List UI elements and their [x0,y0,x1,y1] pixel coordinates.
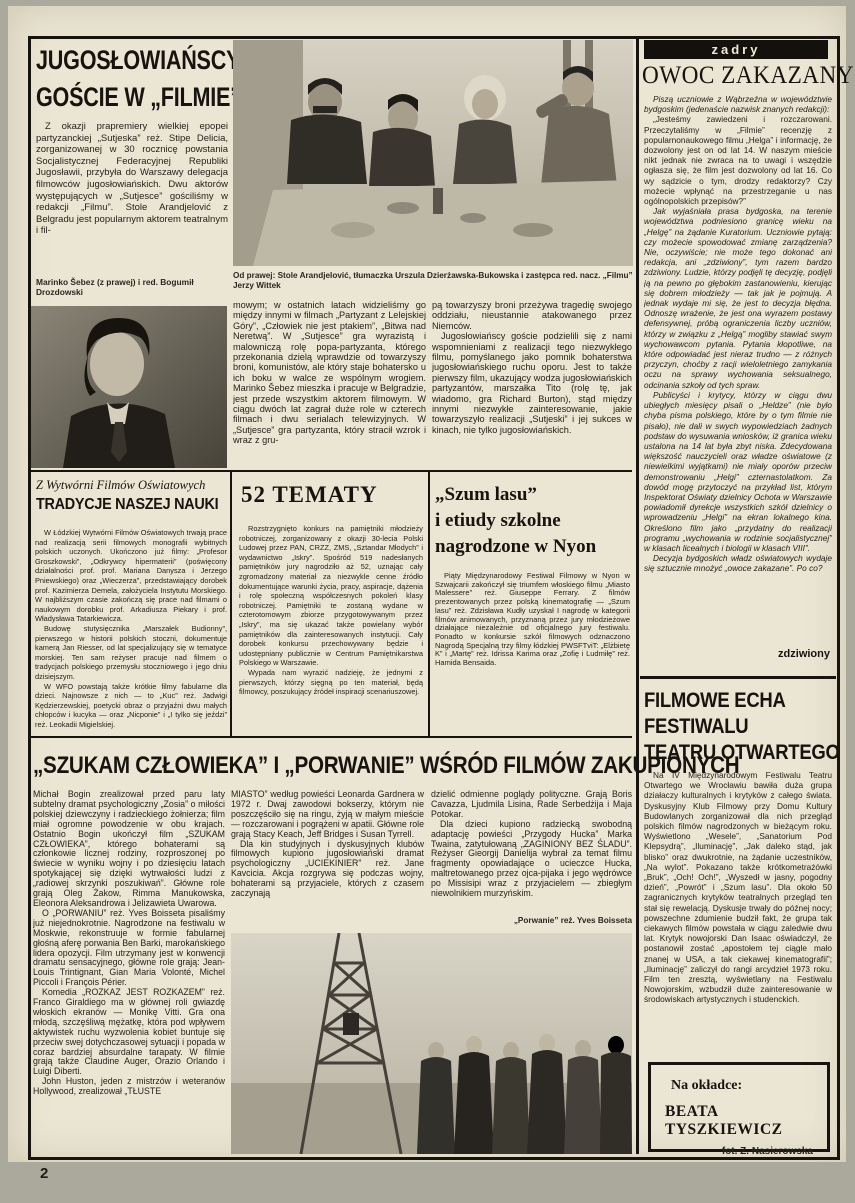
tradycje-title-wrap: TRADYCJE NASZEJ NAUKI [36,496,256,514]
tradycje-para3: W WFO powstają także krótkie filmy fabul… [35,682,227,730]
magazine-page-scan: JUGOSŁOWIAŃSCY GOŚCIE W „FILMIE” Z okazj… [0,0,855,1203]
guests-col1-para: mowym; w ostatnich latach widzieliśmy go… [233,300,426,446]
zakupione-c2-para1: MIASTO” według powieści Leonarda Gardner… [231,790,424,840]
echa-top-rule [640,676,836,679]
zakupione-title: „SZUKAM CZŁOWIEKA” I „PORWANIE” WŚRÓD FI… [33,752,635,780]
owoc-para3: Jak wyjaśniała prasa bydgoska, na tereni… [644,206,832,390]
nyon-title-line3: nagrodzone w Nyon [435,534,631,560]
echa-title-line2: FESTIWALU [644,714,838,740]
guests-title-line1: JUGOSŁOWIAŃSCY [36,42,228,79]
top-photo-caption: Od prawej: Stole Arandjelović, tłumaczka… [233,271,633,291]
zakupione-c2-para2: Dla kin studyjnych i dyskusyjnych klubów… [231,840,424,899]
zakupione-col2: MIASTO” według powieści Leonarda Gardner… [231,790,424,930]
tematy-body: Rozstrzygnięto konkurs na pamiętniki mło… [239,524,423,714]
page-number: 2 [40,1165,48,1182]
owoc-body: Piszą uczniowie z Wąbrzeźna w województw… [644,94,832,644]
guests-col1: mowym; w ostatnich latach widzieliśmy go… [233,300,426,466]
guests-col2-para2: Jugosłowiańscy goście podzielili się z n… [432,331,632,435]
main-column-divider [636,39,639,1154]
portrait-caption: Marinko Šebez (z prawej) i red. Bogumił … [36,277,228,297]
photo-marinko-sebez-portrait [31,306,227,468]
guests-intro-para: Z okazji prapremiery wielkiej epopei par… [36,121,228,237]
guests-intro: Z okazji prapremiery wielkiej epopei par… [36,121,228,271]
nyon-para: Piąty Międzynarodowy Festiwal Filmowy w … [435,572,630,668]
rubric-tab: zadry [644,40,828,59]
echa-para: Na IV Międzynarodowym Festiwalu Teatru O… [644,770,832,1005]
band-divider-2 [428,470,430,738]
photo-film-scene-group [231,933,632,1154]
band-bottom-rule [31,736,632,738]
bottom-photo-caption: „Porwanie” reż. Yves Boisseta [431,916,632,925]
nyon-title: „Szum lasu” i etiudy szkolne nagrodzone … [435,482,631,560]
band-top-rule [31,470,632,472]
owoc-para4: Publicyści i krytycy, którzy w ciągu dwu… [644,390,832,553]
zakupione-col3: dzielić odmienne poglądy polityczne. Gra… [431,790,632,912]
cover-credit-box: Na okładce: BEATA TYSZKIEWICZ fot. Z. Na… [648,1062,830,1152]
nyon-body: Piąty Międzynarodowy Festiwal Filmowy w … [435,572,630,730]
tradycje-title: TRADYCJE NASZEJ NAUKI [36,496,234,514]
zakupione-c1-para3: Komedia „ROZKAZ JEST ROZKAZEM” reż. Fran… [33,988,225,1077]
owoc-title: OWOC ZAKAZANY [642,62,833,90]
owoc-para1: Piszą uczniowie z Wąbrzeźna w województw… [644,94,832,114]
cover-label: Na okładce: [671,1078,827,1094]
cover-name: BEATA TYSZKIEWICZ [665,1103,827,1139]
owoc-para2: „Jesteśmy zawiedzeni i rozczarowani. Prz… [644,114,832,206]
guests-title-line2: GOŚCIE W „FILMIE” [36,79,228,116]
tradycje-para2: Budowę stutysięcznika „Marszałek Budionn… [35,624,227,682]
tematy-para2: Wypada nam wyrazić nadzieję, że jednymi … [239,668,423,697]
nyon-title-line1: „Szum lasu” [435,482,631,508]
tradycje-kicker: Z Wytwórni Filmów Oświatowych [36,478,226,493]
zakupione-c1-para4: John Huston, jeden z mistrzów i weteranó… [33,1077,225,1097]
cover-credit: fot. Z. Nasierowska [651,1146,813,1157]
guests-col2: pą towarzyszy broni przeżywa tragedię sw… [432,300,632,466]
owoc-para5: Decyzja bydgoskich władz oświatowych wyd… [644,553,832,573]
nyon-title-line2: i etiudy szkolne [435,508,631,534]
tradycje-para1: W Łódzkiej Wytwórni Filmów Oświatowych t… [35,528,227,624]
zakupione-c1-para2: O „PORWANIU” reż. Yves Boisseta pisaliśm… [33,909,225,988]
echa-title-line1: FILMOWE ECHA [644,688,838,714]
owoc-signature: zdziwiony [644,648,830,660]
echa-body: Na IV Międzynarodowym Festiwalu Teatru O… [644,770,832,1056]
zakupione-c3-para2: Dla dzieci kupiono radziecką swobodną ad… [431,820,632,899]
tematy-para1: Rozstrzygnięto konkurs na pamiętniki mło… [239,524,423,668]
zakupione-title-wrap: „SZUKAM CZŁOWIEKA” I „PORWANIE” WŚRÓD FI… [33,752,733,780]
tradycje-body: W Łódzkiej Wytwórni Filmów Oświatowych t… [35,528,227,730]
zakupione-col1: Michał Bogin zrealizował przed paru laty… [33,790,225,1142]
zakupione-c3-para1: dzielić odmienne poglądy polityczne. Gra… [431,790,632,820]
photo-editorial-meeting [233,40,633,266]
zakupione-c1-para1: Michał Bogin zrealizował przed paru laty… [33,790,225,909]
tematy-title: 52 TEMATY [241,482,423,508]
owoc-title-wrap: OWOC ZAKAZANY [642,62,847,90]
guests-col2-para1: pą towarzyszy broni przeżywa tragedię sw… [432,300,632,331]
